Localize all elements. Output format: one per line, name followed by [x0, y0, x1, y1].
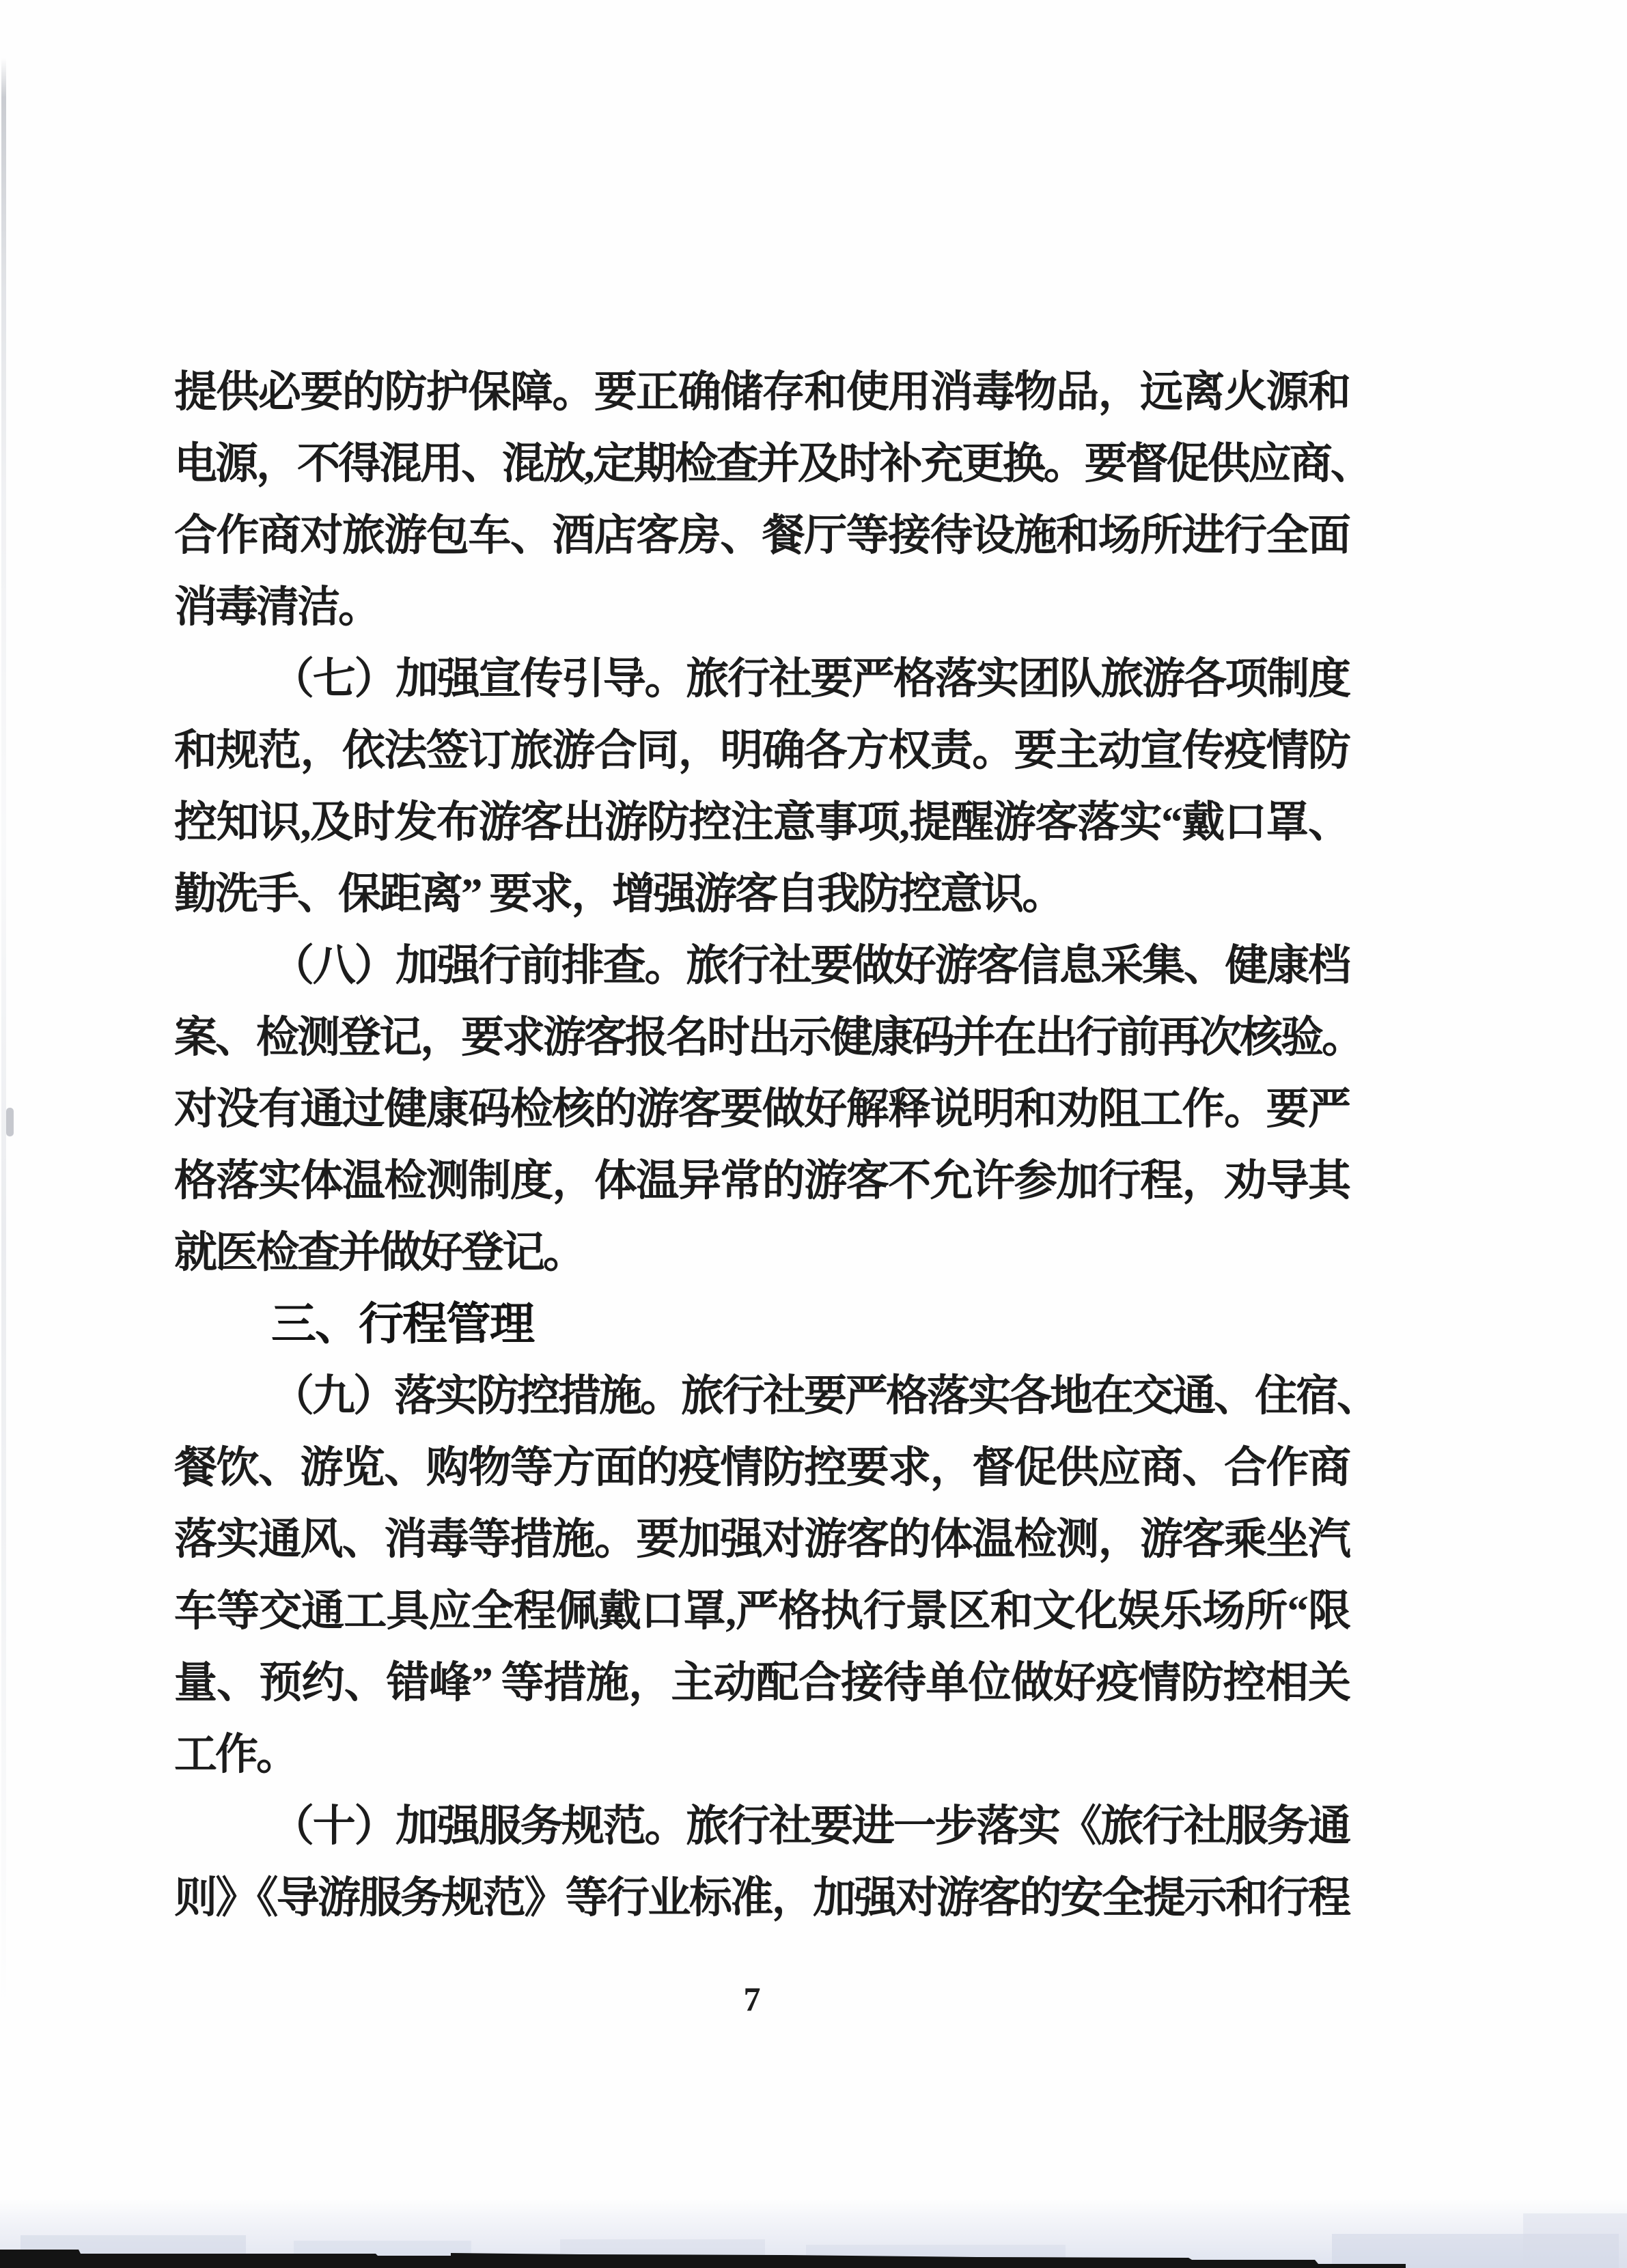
text-line: 餐饮、游览、购物等方面的疫情防控要求，督促供应商、合作商	[174, 1432, 1349, 1504]
text-line: 格落实体温检测制度，体温异常的游客不允许参加行程，劝导其	[174, 1145, 1349, 1217]
text-line: 工作。	[174, 1719, 1349, 1791]
text-line: 则》《导游服务规范》等行业标准，加强对游客的安全提示和行程	[174, 1862, 1349, 1934]
text-line: 对没有通过健康码检核的游客要做好解释说明和劝阻工作。要严	[174, 1074, 1349, 1145]
text-line: 电源，不得混用、混放,定期检查并及时补充更换。要督促供应商、	[174, 428, 1349, 500]
text-line: 案、检测登记，要求游客报名时出示健康码并在出行前再次核验。	[174, 1002, 1349, 1074]
text-line: （七）加强宣传引导。旅行社要严格落实团队旅游各项制度	[174, 643, 1349, 715]
text-line: 量、预约、错峰” 等措施，主动配合接待单位做好疫情防控相关	[174, 1647, 1349, 1719]
text-line: 就医检查并做好登记。	[174, 1217, 1349, 1289]
text-line: 和规范，依法签订旅游合同，明确各方权责。要主动宣传疫情防	[174, 715, 1349, 787]
text-line: （八）加强行前排查。旅行社要做好游客信息采集、健康档	[174, 930, 1349, 1002]
document-page: 提供必要的防护保障。要正确储存和使用消毒物品，远离火源和 电源，不得混用、混放,…	[0, 0, 1627, 2268]
text-line: 提供必要的防护保障。要正确储存和使用消毒物品，远离火源和	[174, 356, 1349, 428]
scan-edge-artifact	[1, 58, 6, 2018]
section-heading: 三、行程管理	[174, 1289, 1349, 1360]
text-line: （九）落实防控措施。旅行社要严格落实各地在交通、住宿、	[174, 1360, 1349, 1432]
document-body: 提供必要的防护保障。要正确储存和使用消毒物品，远离火源和 电源，不得混用、混放,…	[174, 356, 1349, 1934]
scan-smudge-artifact	[6, 1108, 14, 1136]
text-line: 落实通风、消毒等措施。要加强对游客的体温检测，游客乘坐汽	[174, 1504, 1349, 1576]
text-line: 勤洗手、保距离” 要求，增强游客自我防控意识。	[174, 858, 1349, 930]
text-line: 车等交通工具应全程佩戴口罩,严格执行景区和文化娱乐场所“限	[174, 1576, 1349, 1647]
scan-bottom-shadow	[0, 2193, 1627, 2268]
text-line: 消毒清洁。	[174, 572, 1349, 643]
text-line: 合作商对旅游包车、酒店客房、餐厅等接待设施和场所进行全面	[174, 500, 1349, 572]
page-number: 7	[721, 1979, 783, 2019]
text-line: （十）加强服务规范。旅行社要进一步落实《旅行社服务通	[174, 1791, 1349, 1862]
text-line: 控知识,及时发布游客出游防控注意事项,提醒游客落实“戴口罩、	[174, 787, 1349, 858]
